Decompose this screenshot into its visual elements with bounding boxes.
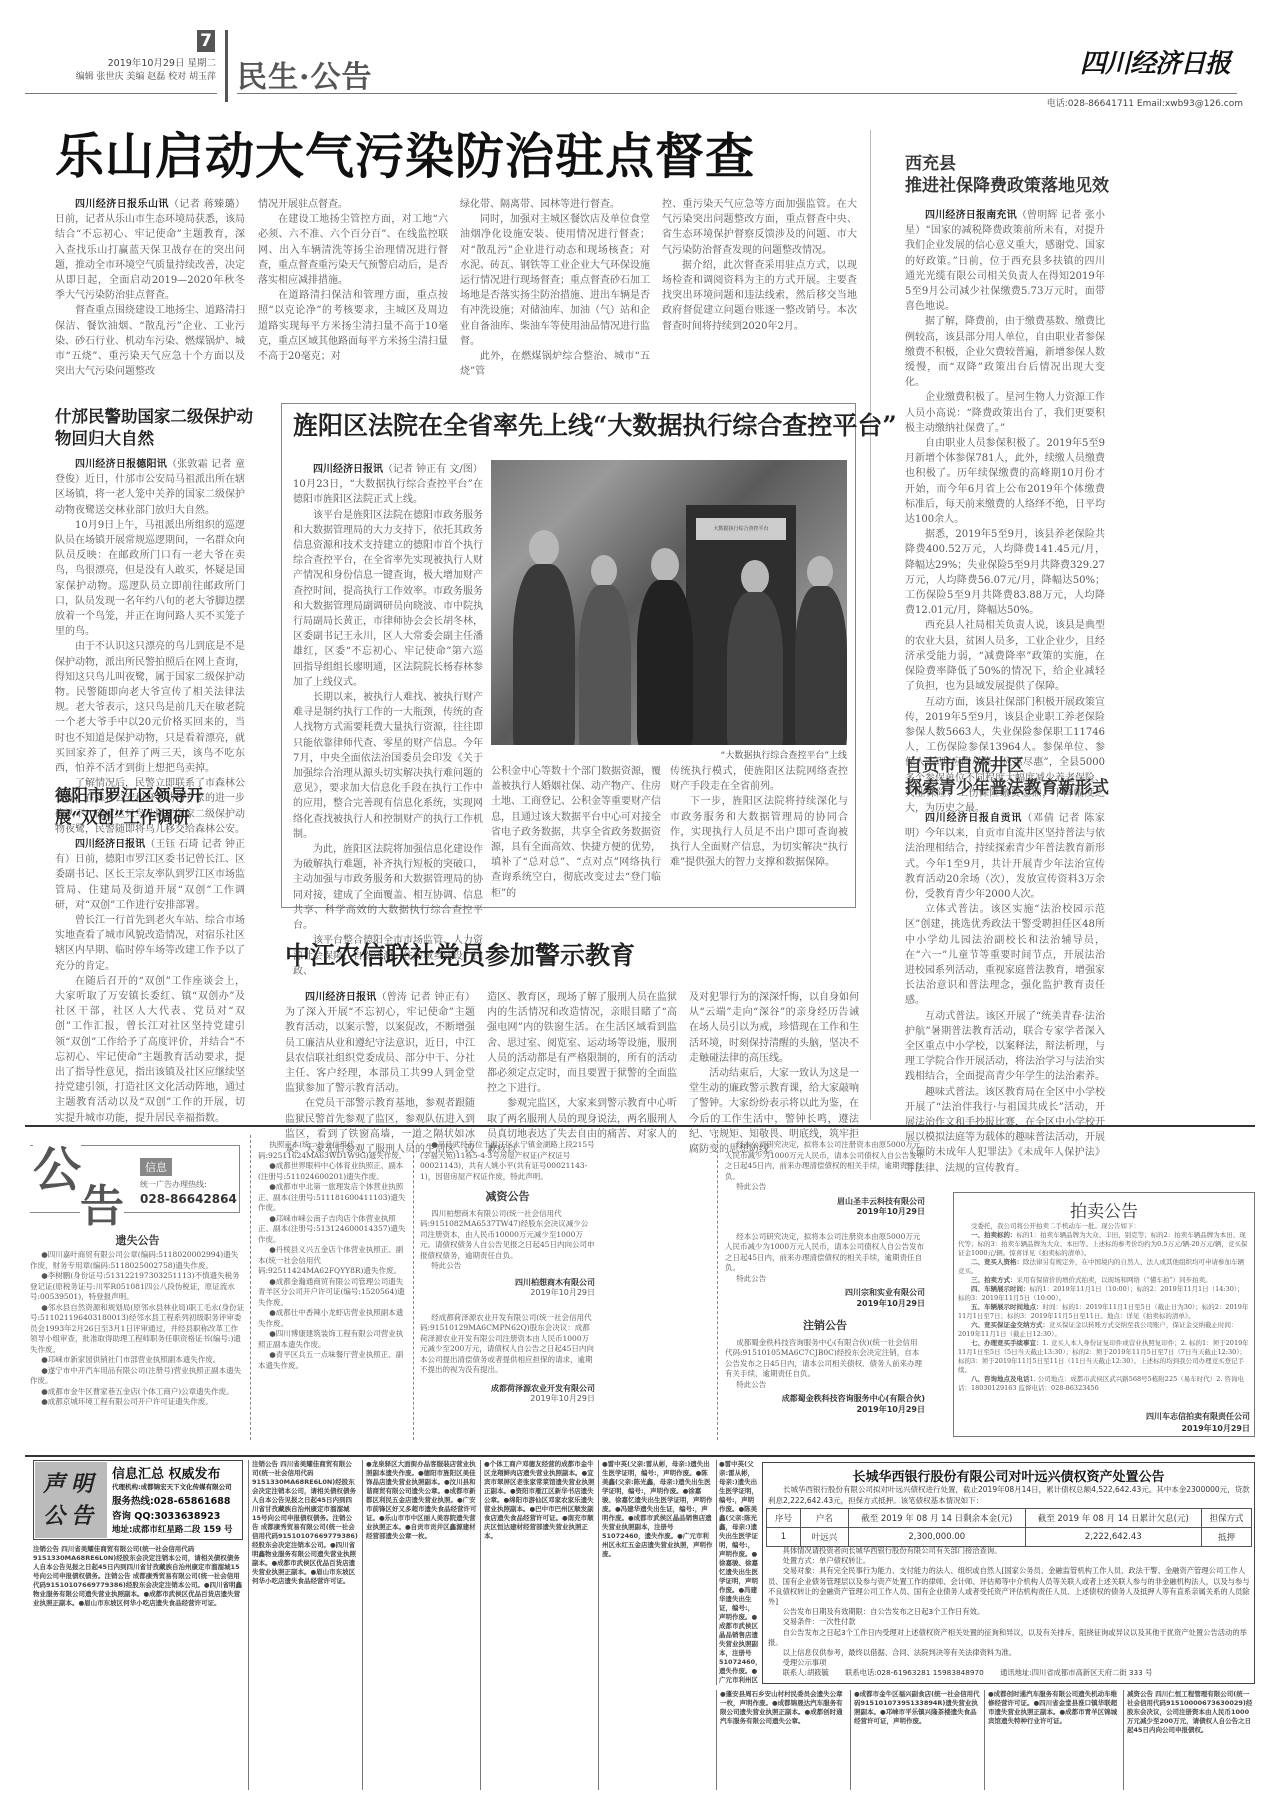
auction-item: 七、办理竞买手续事宜：1. 竞买人本人身份证复印件或营业执照复印件；2. 标的1…	[958, 1339, 1250, 1375]
feature-paragraph: 为此，旌阳区法院将加强信息化建设作为破解执行难题，补齐执行短板的突破口，主动加强…	[293, 842, 483, 933]
notice-sign: 特此公告	[725, 1274, 925, 1285]
zigong-headline-line1: 自贡市自流井区	[905, 755, 1109, 777]
table-cell: 2,222,642.43	[1025, 1528, 1202, 1547]
photo-caption: “大数据执行综合查控平台”上线	[491, 748, 847, 761]
photo-person	[807, 556, 833, 588]
photo-person	[591, 555, 617, 587]
notice-item: 经本公司研究决定，拟将本公司注册资本由原5000万元人民币减少为1000万元人民…	[725, 1232, 925, 1274]
photo-person	[727, 592, 783, 745]
cancel-notice-title: 注销公告	[725, 1321, 925, 1332]
bank-notice-intro: 长城华西银行股份有限公司拟对叶远兴债权进行处置，截止2019年08月14日，累计…	[768, 1484, 1250, 1506]
notice-company: 眉山圣丰云科技有限公司	[725, 1197, 925, 1208]
contact-info: 电话:028-86641711 Email:xwb93@126.com	[1000, 96, 1243, 109]
auction-item-label: 八、咨询地点及电话	[971, 1375, 1030, 1383]
notice-date: 2019年10月29日	[725, 1207, 925, 1218]
masthead-left-rule	[25, 93, 217, 94]
notices-col-2: 执照正本(统一社会信用代码:92511624MA63WD1W9G)遗失作废。 ●…	[258, 1140, 408, 1371]
notice-sign: 特此公告	[725, 1380, 925, 1391]
feature-col-3: 传统执行模式，使旌阳区法院网络查控财产手段走在全省前列。 下一步，旌阳区法院将持…	[670, 764, 848, 870]
xichong-paragraph: 企业缴费积极了。星河生物人力资源工作人员小高说：“降费政策出台了，我们更要积极主…	[905, 390, 1105, 436]
bank-notice-line: 以上信息仅供参考，最终以借据、合同、法院判决等有关法律资料为准。	[768, 1648, 1250, 1658]
table-cell: 2,300,000.00	[849, 1528, 1026, 1547]
zhongjiang-byline: 四川经济日报讯	[305, 992, 377, 1003]
zigong-paragraph: 立体式普法。该区实施“法治校园示范区”创建，挑选优秀政法干警受聘担任区48所中小…	[905, 902, 1105, 1008]
zigong-paragraph: 今年以来，自贡市自流井区坚持普法与依法治理相结合，持续探索青少年普法教育新形式。…	[905, 828, 1105, 900]
lost-notices-title: 遗失公告	[30, 1232, 245, 1248]
notice-item: ●青平区兵五一点味餐厅营业执照正、副本遗失作废。	[258, 1350, 408, 1371]
lead-paragraph: 绿化带、隔离带、园林等进行督查。	[460, 197, 650, 212]
debt-table-grid: 序号 户名 截至 2019 年 08 月 14 日剩余本金(元) 截至 2019…	[766, 1508, 1252, 1547]
notices-col-4: 经本公司研究决定，拟将本公司注册资本由原5000万元人民币减少为1000万元人民…	[725, 1140, 925, 1415]
lead-paragraph: 控、重污染天气应急等方面加强监管。在大气污染突出问题整改方面，重点督查中央、省生…	[662, 197, 857, 258]
notice-item: ●邛崃市崃公南子吉肉店个体营业执照正、副本(注册号:51312460001435…	[258, 1214, 408, 1246]
zhongjiang-reporter: （曾涛 记者 钟正有）	[377, 992, 476, 1003]
auction-company: 四川车志信拍卖有限责任公司	[1100, 1411, 1250, 1422]
zhongjiang-col-1: 四川经济日报讯（曾涛 记者 钟正有）为了深入开展“不忘初心，牢记使命”主题教育活…	[285, 990, 475, 1157]
photo-person	[795, 586, 847, 745]
feature-byline: 四川经济日报讯	[313, 464, 383, 475]
bank-notice-line: 自公告发布之日起3个工作日内受理对上述债权资产相关处置的征询和异议，以及有关排斥…	[768, 1628, 1250, 1648]
notice-item: ●成都市金牛区曹家巷五金店(个体工商户)公章遗失作废。	[30, 1387, 245, 1398]
notice-company: 四川柏想商木有限公司	[420, 1278, 595, 1289]
editors-line: 编辑 张世庆 美编 赵磊 校对 胡玉萍	[30, 69, 216, 82]
bank-notice-line: 受理公示事项	[768, 1658, 1250, 1668]
xichong-paragraph: 自由职业人员参保积极了。2019年5至9月新增个体参保781人，此外，续缴人员缴…	[905, 436, 1105, 527]
bank-notice-line: 具体情况请投资者向长城华西银行股份有限公司有关部门接洽查询。	[768, 1546, 1250, 1556]
notice-banner: 公 告 信息 统一广告办理热线: 028-86642864	[25, 1135, 245, 1220]
zigong-headline: 自贡市自流井区 探索青少年普法教育新形式	[905, 755, 1109, 799]
lead-paragraph: 情况开展驻点督查。	[258, 197, 448, 212]
masthead-right-rule	[237, 93, 1237, 94]
notice-item: ●邻水县自然资源和规划局(原邻水县林业局)职工毛永(身份证号:511021196…	[30, 1303, 245, 1356]
issue-date: 2019年10月29日 星期二	[60, 55, 216, 69]
notice-item: 经本公司研究决定，拟将本公司注册资本由原5000万元人民币减少为1000万元人民…	[725, 1140, 925, 1182]
banner-tag: 信息	[140, 1158, 172, 1176]
table-header: 截至 2019 年 08 月 14 日剩余本金(元)	[849, 1509, 1026, 1528]
feature-paragraph: 长期以来，被执行人难找、被执行财产难寻是制约执行工作的一大瓶颈，传统的查人找物方…	[293, 690, 483, 842]
table-row: 1 叶远兴 2,300,000.00 2,222,642.43 抵押	[767, 1528, 1252, 1547]
banner-hotline-label: 统一广告办理热线:	[140, 1179, 207, 1190]
xichong-paragraph: 西充县人社局相关负责人说，该县是典型的农业大县，贫困人员多，工业企业少，且经济承…	[905, 618, 1105, 694]
lead-reporter: （记者 蒋臻璐）	[169, 199, 245, 210]
lead-paragraph: 据介绍，此次督查采用驻点方式，以现场检查和调阅资料为主的方式开展。主要查找突出环…	[662, 258, 857, 334]
classified-col: ●个体工商户邓德友经营的成都市金牛区龙翔鲜肉店遗失营业执照副本。●宜宾市翠屏区老…	[480, 1460, 595, 1790]
lead-paragraph: 同时，加强对主城区餐饮店及单位食堂油烟净化设施安装、使用情况进行督查；对“散乱污…	[460, 212, 650, 349]
zhongjiang-paragraph: 造区、教育区，现场了解了服刑人员在监狱内的生活情况和改造情况，亲眼目睹了“高强电…	[487, 990, 677, 1096]
auction-item: 三、拍卖方式：采用有保留价的增价式拍卖，以现场和网络（“懂车拍”）同步拍卖。	[958, 1276, 1250, 1285]
auction-date: 2019年10月29日	[1100, 1423, 1250, 1434]
photo-person	[651, 548, 679, 582]
contact-phone: 联系电话:028-61963281 15983848970	[845, 1668, 984, 1677]
zigong-paragraph: 互动式普法。该区开展了“统美青春·法治护航”暑期普法教育活动，联合专家学者深入全…	[905, 1009, 1105, 1085]
xichong-paragraph: 据悉，2019年5至9月，该县养老保险共降费400.52万元，人均降费141.4…	[905, 527, 1105, 618]
notice-date: 2019年10月29日	[725, 1405, 925, 1416]
right-col-divider	[870, 130, 871, 1120]
banner-hotline: 028-86642864	[140, 1192, 237, 1206]
section-title: 民生·公告	[237, 52, 372, 96]
zhongjiang-col-3: 及对犯罪行为的深深忏悔，以自身如何从“云端”走向“深谷”的亲身经历告诫在场人员引…	[689, 990, 859, 1157]
zigong-headline-line2: 探索青少年普法教育新形式	[905, 777, 1109, 799]
table-cell: 叶远兴	[801, 1528, 849, 1547]
classified-col: ●雷中英(父亲:雷从彬，母亲:)遗失出生医学证明，编号:，声明作废。●陈美鑫(父…	[598, 1460, 713, 1790]
newspaper-logo: 四川经济日报	[1080, 43, 1230, 80]
feature-headline: 旌阳区法院在全省率先上线“大数据执行综合查控平台”	[293, 410, 897, 442]
zhongjiang-headline: 中江农信联社党员参加警示教育	[285, 940, 635, 972]
lead-col-1: 四川经济日报乐山讯（记者 蒋臻璐）日前，记者从乐山市生态环境局获悉，该局结合“不…	[55, 197, 245, 379]
luojiang-byline: 四川经济日报讯	[75, 839, 145, 850]
declaration-big-text: 声明公告	[35, 1462, 107, 1538]
notice-sign: 特此公告	[725, 1182, 925, 1193]
bank-notice-body: 具体情况请投资者向长城华西银行股份有限公司有关部门接洽查询。 处置方式：单户债权…	[768, 1546, 1250, 1679]
notice-item: ●成都世界眼科中心体育业执照正、副本(注册号:511024600201)遗失作废…	[258, 1161, 408, 1182]
page-number: 7	[197, 30, 215, 52]
notice-item: ●遂宁市中开汽车用品有限公司(注册号)营业执照正副本遗失作废。	[30, 1366, 245, 1387]
lead-paragraph: 在道路清扫保洁和管理方面，重点按照“以克论净”的考核要求，主城区及周边道路实现每…	[258, 288, 448, 364]
notice-item: ●成都金瀚通商贸有限公司管理公司遗失青羊区分公司开户许可证(编号:1520564…	[258, 1277, 408, 1309]
luojiang-headline: 德阳市罗江区领导开展“双创”工作调研	[55, 785, 215, 829]
auction-item: 四、车辆展示时间：标的1：2019年11月1日（10:00）；标的2：2019年…	[958, 1285, 1250, 1303]
declaration-address: 地址:成都市红星路二段 159 号	[112, 1523, 233, 1535]
bank-notice-line: 交易对象：具有完全民事行为能力、支付能力的法人、组织或自然人[国家公务员、金融监…	[768, 1566, 1250, 1607]
auction-item-label: 七、办理竞买手续事宜：	[971, 1339, 1043, 1347]
photo-sign: 大数据执行综合查控平台	[696, 518, 786, 540]
table-header: 序号	[767, 1509, 801, 1528]
declaration-qq: 咨询 QQ:3033638923	[112, 1508, 220, 1522]
auction-item-text: 采用有保留价的增价式拍卖，以现场和网络（“懂车拍”）同步拍卖。	[1017, 1276, 1212, 1284]
notices-col-3: ●冯廷武持有位于温江区永宁镇金湖路上段215号(幸福大苑)11栋5-4-3号房屋…	[420, 1140, 595, 1405]
lead-paragraph: 督查重点围绕建设工地扬尘、道路清扫保洁、餐饮油烟、“散乱污”企业、工业污染、砂石…	[55, 303, 245, 379]
declaration-logo: 声明公告	[35, 1462, 107, 1538]
notice-date: 2019年10月29日	[420, 1394, 595, 1405]
notices-top-rule	[25, 1125, 1255, 1127]
notice-item: 四川柏想商木有限公司(统一社会信用代码:9151082MA6537TW47)经股…	[420, 1209, 595, 1262]
auction-item: 一、拍卖标的：标的1：拍卖车辆品牌为大众、丰田、别克等；标的2：拍卖车辆品牌为本…	[958, 1231, 1250, 1258]
lead-paragraph: 此外，在燃煤锅炉综合整治、城市“五烧”管	[460, 349, 650, 379]
lead-headline: 乐山启动大气污染防治驻点督查	[55, 120, 755, 192]
declaration-agency: 代理机构:成都锦宏天下文化传媒有限公司	[112, 1482, 232, 1491]
lost-notices-list: ●四川嘉叶商贸有限公司公章(编码:5118020002994)遗失作废，财务专用…	[30, 1250, 245, 1408]
shifang-headline: 什邡民警助国家二级保护动物回归大自然	[55, 406, 255, 450]
shifang-paragraph: 由于不认识这只漂亮的鸟儿到底是不是保护动物，派出所民警拍照后在网上查询，得知这只…	[55, 639, 245, 776]
declaration-hotline: 服务热线:028-65861688	[112, 1493, 230, 1507]
notice-company: 成都蜀金秩科技咨询服务中心(有限合伙)	[725, 1394, 925, 1405]
bank-notice-line: 交易条件：一次性付款	[768, 1617, 1250, 1627]
luojiang-body: 四川经济日报讯（王钰 石琦 记者 钟正有）日前，德阳市罗江区委书记曾长江、区委副…	[55, 837, 245, 1126]
notice-item: ●丹棱县义兴五金店个体营业执照正、副本(统一社会信用代码:92511424MA6…	[258, 1245, 408, 1277]
xichong-headline: 西充县 推进社保降费政策落地见效	[905, 153, 1109, 197]
auction-item-label: 四、车辆展示时间：	[971, 1285, 1030, 1293]
table-header: 户名	[801, 1509, 849, 1528]
shifang-paragraph: 10月9日上午，马祖派出所组织的巡逻队员在场镇开展常规巡逻期间，一名群众向队员反…	[55, 518, 245, 640]
bottom-classified: 减资公告 四川仁恒工程管理有限公司(统一社会信用代码91510000673630…	[1123, 1690, 1255, 1790]
classified-below-banner: 注销公告 四川省美耀佳商贸有限公司(统一社会信用代码9151330MA68RE6…	[33, 1545, 243, 1790]
lead-byline: 四川经济日报乐山讯	[75, 199, 169, 210]
lead-paragraph: 日前，记者从乐山市生态环境局获悉，该局结合“不忘初心、牢记使命”主题教育，深入查…	[55, 214, 245, 301]
bank-notice-contact: 联系人:胡筱毓 联系电话:028-61963281 15983848970 通讯…	[768, 1668, 1250, 1678]
notice-item: ●邛崃市新家园供销社门市部营业执照副本遗失作废。	[30, 1355, 245, 1366]
luojiang-paragraph: 日前，德阳市罗江区委书记曾长江、区委副书记、区长王宗友率队到罗江区市场监管局、住…	[55, 854, 245, 911]
notice-item: 成都蜀金秩科技咨询服务中心(有限合伙)(统一社会信用代码:91510105MA6…	[725, 1338, 925, 1380]
zigong-paragraph: 趣味式普法。该区教育局在全区中小学校开展了“法治伴我行·与祖国共成长”活动，开展…	[905, 1085, 1105, 1176]
classified-col: ●龙泉驿区大面街办品客服装店营业执照副本遗失作废。●德阳市旌阳区美佳饰品店遗失营…	[362, 1460, 477, 1790]
auction-title: 拍卖公告	[953, 1197, 1255, 1222]
bank-notice-title: 长城华西银行股份有限公司对叶远兴债权资产处置公告	[762, 1466, 1255, 1485]
zigong-body: 四川经济日报自贡讯（邓倩 记者 陈家明）今年以来，自贡市自流井区坚持普法与依法治…	[905, 811, 1105, 1176]
classified-top-rule	[25, 1455, 1255, 1457]
xichong-headline-line1: 西充县	[905, 153, 1109, 175]
luojiang-paragraph: 曾长江一行首先到老火车站、综合市场实地查看了城市风貌改造情况，对宿乐社区辖区内早…	[55, 913, 245, 974]
feature-photo: 大数据执行综合查控平台	[491, 460, 847, 745]
table-header: 截至 2019 年 08 月 14 日累计欠息(元)	[1025, 1509, 1202, 1528]
table-cell: 抵押	[1202, 1528, 1252, 1547]
banner-char-2: 告	[80, 1170, 124, 1234]
banner-char-1: 公	[33, 1131, 81, 1200]
debt-table: 序号 户名 截至 2019 年 08 月 14 日剩余本金(元) 截至 2019…	[766, 1508, 1252, 1547]
feature-paragraph: 公积金中心等数十个部门数据资源，覆盖被执行人婚姻社保、动产物产、住房土地、工商登…	[491, 764, 661, 901]
auction-body: 受委托，我公司将公开拍卖二手机动车一批。现公告如下： 一、拍卖标的：标的1：拍卖…	[958, 1222, 1250, 1393]
xichong-byline: 四川经济日报南充讯	[925, 210, 1017, 221]
reduction-notice-title: 减资公告	[420, 1192, 595, 1203]
notice-date: 2019年10月29日	[420, 1288, 595, 1299]
feature-paragraph: 该平台是旌阳区法院在德阳市政务服务和大数据管理局的大力支持下，依托其政务信息资源…	[293, 508, 483, 690]
notice-divider	[250, 1135, 251, 1440]
feature-col-2: 公积金中心等数十个部门数据资源，覆盖被执行人婚姻社保、动产物产、住房土地、工商登…	[491, 764, 661, 901]
auction-item: 二、竞买人资格：除法律另有规定外，在中国境内的自然人、法人或其他组织均可申请参加…	[958, 1258, 1250, 1276]
photo-person	[741, 560, 769, 594]
notice-item: 经成都荷泽源农业开发有限公司(统一社会信用代码:91510129MA6CMPN6…	[420, 1313, 595, 1376]
bank-side-column: ●雷中英(父亲:雷从彬，母亲:)遗失出生医学证明，编号:，声明作废。●陈美鑫(父…	[716, 1460, 760, 1685]
notice-item: ●冯廷武持有位于温江区永宁镇金湖路上段215号(幸福大苑)11栋5-4-3号房屋…	[420, 1140, 595, 1182]
notice-company: 成都荷泽源农业开发有限公司	[420, 1384, 595, 1395]
notice-sign: 特此公告	[420, 1261, 595, 1272]
notice-item: 执照正本(统一社会信用代码:92511624MA63WD1W9G)遗失作废。	[258, 1140, 408, 1161]
lead-col-3: 绿化带、隔离带、园林等进行督查。 同时，加强对主城区餐饮店及单位食堂油烟净化设施…	[460, 197, 650, 379]
auction-item-label: 六、竞买保证金交纳方式：	[971, 1321, 1049, 1329]
auction-intro: 受委托，我公司将公开拍卖二手机动车一批。现公告如下：	[958, 1222, 1250, 1231]
bank-notice-line: 公告发布日期及有效期限：自公告发布之日起3个工作日有效。	[768, 1607, 1250, 1617]
auction-item-label: 一、拍卖标的：	[971, 1231, 1017, 1239]
bank-notice-line: 处置方式：单户债权转让。	[768, 1556, 1250, 1566]
xichong-paragraph: “国家的减税降费政策前所未有，对提升我们企业发展的信心意义重大，感谢党、国家的好…	[905, 225, 1105, 312]
notice-item: ●四川博康建筑装饰工程有限公司营业执照正副本遗失作废。	[258, 1329, 408, 1350]
zigong-byline: 四川经济日报自贡讯	[925, 813, 1022, 824]
notice-company: 四川宗和实业有限公司	[725, 1288, 925, 1299]
feature-reporter: （记者 钟正有 文/图）	[383, 464, 483, 475]
table-cell: 1	[767, 1528, 801, 1547]
feature-col-1: 四川经济日报讯（记者 钟正有 文/图） 10月23日，“大数据执行综合查控平台”…	[293, 462, 483, 979]
photo-person	[637, 580, 693, 745]
lead-paragraph: 在建设工地扬尘管控方面，对工地“六必须、六不准、六个百分百”、在线监控联网、出入…	[258, 212, 448, 288]
auction-item-label: 二、竞买人资格：	[971, 1258, 1023, 1266]
bottom-classified: ●蓬安县周石乡安山村村民委员会遗失公章一枚，声明作废。●成都锦晟达汽车服务有限公…	[716, 1690, 846, 1790]
auction-item: 五、车辆展示时间地点：时间：标的1：2019年11月1日至5日（截止日为30）；…	[958, 1303, 1250, 1321]
xichong-body: 四川经济日报南充讯（曾明辉 记者 张小星）“国家的减税降费政策前所未有，对提升我…	[905, 208, 1105, 816]
table-header: 担保方式	[1202, 1509, 1252, 1528]
luojiang-paragraph: 在随后召开的“双创”工作座谈会上，大家听取了万安镇长委红、镇“双创办”及社区干部…	[55, 974, 245, 1126]
photo-person	[529, 530, 559, 566]
xichong-headline-line2: 推进社保降费政策落地见效	[905, 175, 1109, 197]
notice-item: ●成都仕中香辣小龙虾店营业执照副本遗失作废。	[258, 1308, 408, 1329]
zhongjiang-col-2: 造区、教育区，现场了解了服刑人员在监狱内的生活情况和改造情况，亲眼目睹了“高强电…	[487, 990, 677, 1157]
contact-address: 通讯地址:四川省成都市高新区天府二街 333 号	[1000, 1668, 1152, 1677]
feature-paragraph: 10月23日，“大数据执行综合查控平台”在德阳市旌阳区法院正式上线。	[293, 477, 483, 507]
notice-item: ●李树鹏(身份证号:513122197303251113)不慎遗失税务登记证(原…	[30, 1271, 245, 1303]
lead-col-4: 控、重污染天气应急等方面加强监管。在大气污染突出问题整改方面，重点督查中央、省生…	[662, 197, 857, 334]
shifang-byline: 四川经济日报德阳讯	[75, 459, 167, 470]
table-header-row: 序号 户名 截至 2019 年 08 月 14 日剩余本金(元) 截至 2019…	[767, 1509, 1252, 1528]
notice-item: ●四川嘉叶商贸有限公司公章(编码:5118020002994)遗失作废，财务专用…	[30, 1250, 245, 1271]
shifang-body: 四川经济日报德阳讯（张敦霜 记者 童登俊）近日，什邡市公安局马祖派出所在辖区场镇…	[55, 457, 245, 837]
bottom-classified: ●成都市金牛区福兴副食店(统一社会信用代码91510107395133894R)…	[850, 1690, 980, 1790]
xichong-paragraph: 据了解，降费前，由于缴费基数、缴费比例较高，该县部分用人单位，自由职业者参保缴费…	[905, 314, 1105, 390]
feature-paragraph: 传统执行模式，使旌阳区法院网络查控财产手段走在全省前列。	[670, 764, 848, 794]
zhongjiang-paragraph: 为了深入开展“不忘初心，牢记使命”主题教育活动，以案示警，以案促改，不断增强员工…	[285, 1007, 475, 1094]
notice-item: ●成都市中北第一旅理发店个体营业执照正、副本(注册号:5111816004111…	[258, 1182, 408, 1214]
auction-item: 八、咨询地点及电话1. 公司地点：成都市武侯区武兴路568号5栋附225（易车时…	[958, 1375, 1250, 1393]
masthead-divider	[225, 30, 228, 102]
bottom-classified: ●成都创时通汽车服务有限公司遗失机动车维修经营许可证。●四川省金堂县淮口镇华联超…	[984, 1690, 1119, 1790]
notice-divider	[413, 1135, 414, 1440]
photo-person	[579, 585, 631, 745]
auction-item: 六、竞买保证金交纳方式：竞买保证金以转账方式交纳至我公司账户，保证金交纳截止时间…	[958, 1321, 1250, 1339]
auction-item-label: 五、车辆展示时间地点：	[971, 1303, 1043, 1311]
auction-item-label: 三、拍卖方式：	[971, 1276, 1017, 1284]
zhongjiang-paragraph: 及对犯罪行为的深深忏悔，以自身如何从“云端”走向“深谷”的亲身经历告诫在场人员引…	[689, 990, 859, 1066]
masthead: 7 2019年10月29日 星期二 编辑 张世庆 美编 赵磊 校对 胡玉萍 民生…	[0, 0, 1280, 118]
feature-paragraph: 下一步，旌阳区法院将持续深化与市政务服务和大数据管理局的协同合作，实现执行人员足…	[670, 794, 848, 870]
photo-person	[513, 564, 575, 745]
notice-item: ●成都京城环境工程有限公司开户许可证遗失作废。	[30, 1397, 245, 1408]
notice-divider	[717, 1135, 718, 1440]
contact-person: 联系人:胡筱毓	[783, 1668, 829, 1677]
classified-col: 注销公告 四川省美耀佳商贸有限公司(统一社会信用代码9151330MA68RE6…	[248, 1460, 358, 1790]
lead-col-2: 情况开展驻点督查。 在建设工地扬尘管控方面，对工地“六必须、六不准、六个百分百”…	[258, 197, 448, 364]
declaration-slogan: 信息汇总 权威发布	[112, 1463, 221, 1482]
notice-date: 2019年10月29日	[725, 1299, 925, 1310]
